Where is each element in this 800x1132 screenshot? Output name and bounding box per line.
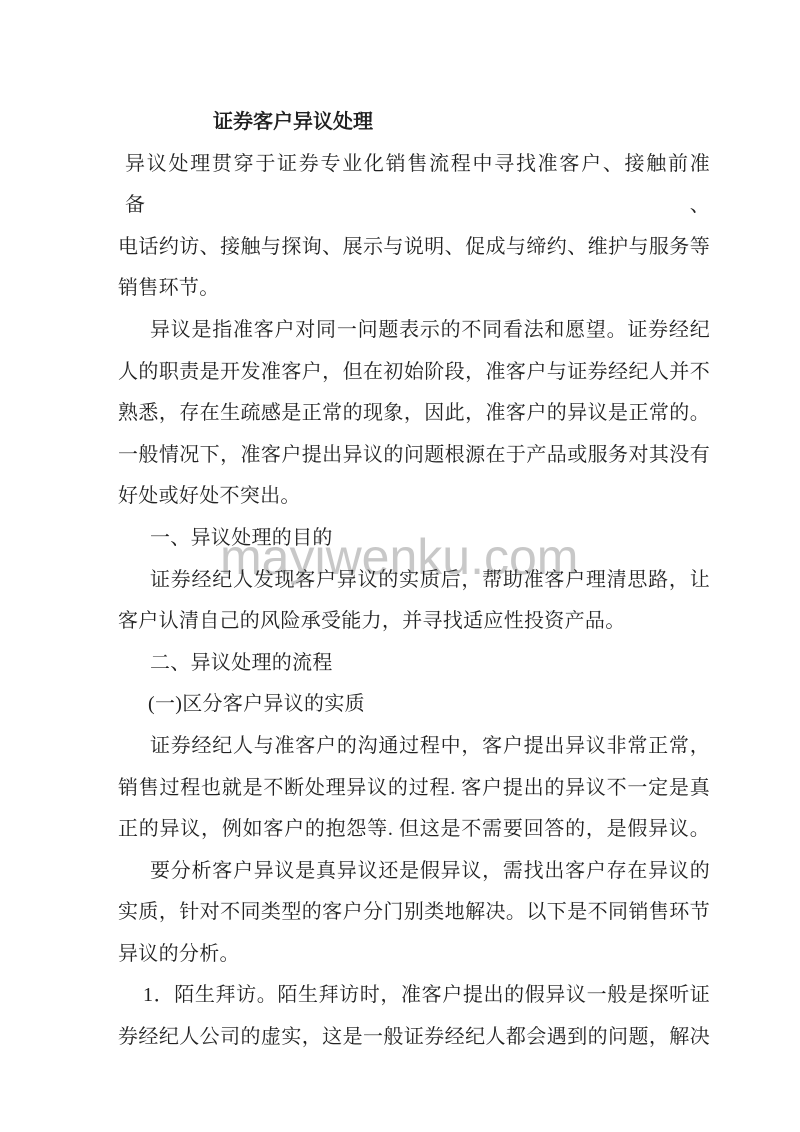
- section-heading: 一、异议处理的目的: [118, 518, 710, 560]
- text-line: 证券经纪人与准客户的沟通过程中，客户提出异议非常正常，: [118, 726, 710, 768]
- text-line: 熟悉，存在生疏感是正常的现象，因此，准客户的异议是正常的。: [118, 393, 710, 435]
- text-line: 正的异议，例如客户的抱怨等. 但这是不需要回答的，是假异议。: [118, 809, 710, 851]
- text-line: 证券经纪人发现客户异议的实质后，帮助准客户理清思路，让: [118, 560, 710, 602]
- text-line: 异议处理贯穿于证券专业化销售流程中寻找准客户、接触前准备、: [118, 144, 710, 227]
- text-line: 销售过程也就是不断处理异议的过程. 客户提出的异议不一定是真: [118, 768, 710, 810]
- text-line: 异议的分析。: [118, 934, 710, 976]
- text-line: 异议是指准客户对同一问题表示的不同看法和愿望。证券经纪: [118, 310, 710, 352]
- text-line: 电话约访、接触与探询、展示与说明、促成与缔约、维护与服务等: [118, 227, 710, 269]
- subsection-heading: (一)区分客户异议的实质: [118, 684, 710, 726]
- document-body: 证券客户异议处理 异议处理贯穿于证券专业化销售流程中寻找准客户、接触前准备、 电…: [118, 102, 710, 1059]
- text-line: 券经纪人公司的虚实，这是一般证券经纪人都会遇到的问题，解决: [118, 1017, 710, 1059]
- text-line: 销售环节。: [118, 268, 710, 310]
- text-line: 实质，针对不同类型的客户分门别类地解决。以下是不同销售环节: [118, 892, 710, 934]
- text-line: 客户认清自己的风险承受能力，并寻找适应性投资产品。: [118, 601, 710, 643]
- document-page: mayiwenku.com 证券客户异议处理 异议处理贯穿于证券专业化销售流程中…: [0, 0, 800, 1132]
- document-title: 证券客户异议处理: [118, 102, 710, 144]
- text-line: 一般情况下，准客户提出异议的问题根源在于产品或服务对其没有: [118, 435, 710, 477]
- section-heading: 二、异议处理的流程: [118, 643, 710, 685]
- text-line: 好处或好处不突出。: [118, 476, 710, 518]
- text-line: 1．陌生拜访。陌生拜访时，准客户提出的假异议一般是探听证: [118, 975, 710, 1017]
- text-line: 要分析客户异议是真异议还是假异议，需找出客户存在异议的: [118, 851, 710, 893]
- text-line: 人的职责是开发准客户，但在初始阶段，准客户与证券经纪人并不: [118, 352, 710, 394]
